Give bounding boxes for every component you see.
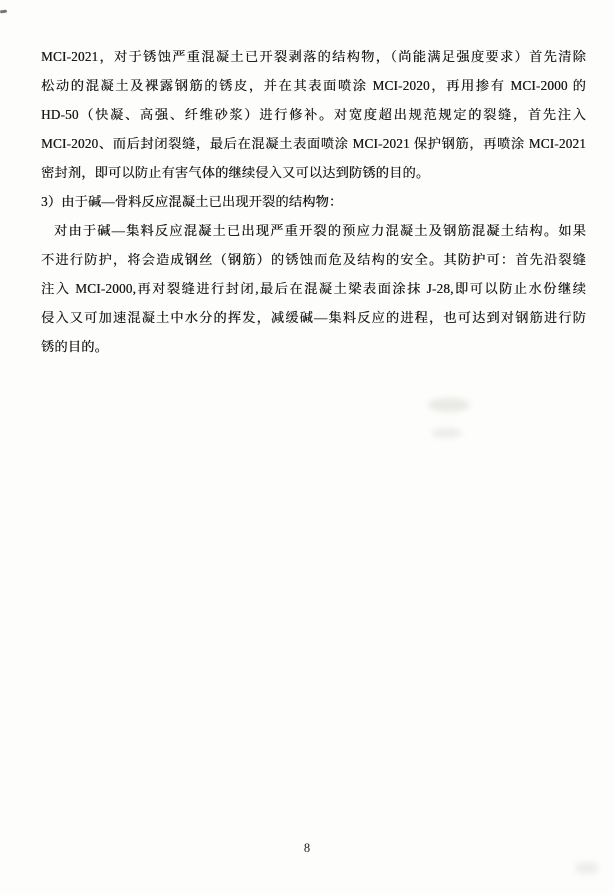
text-line: 密封剂，即可以防止有害气体的继续侵入又可以达到防锈的目的。 [41,158,586,187]
text-line: 不进行防护，将会造成钢丝（钢筋）的锈蚀而危及结构的安全。其防护可：首先沿裂缝 [41,245,586,274]
page-number: 8 [0,838,614,858]
text-line: 注入 MCI-2000,再对裂缝进行封闭,最后在混凝土梁表面涂抹 J-28,即可… [41,274,586,303]
body-text: MCI-2021，对于锈蚀严重混凝土已开裂剥落的结构物，（尚能满足强度要求）首先… [41,42,586,361]
scan-smudge [428,398,470,412]
text-line: 松动的混凝土及裸露钢筋的锈皮，并在其表面喷涂 MCI-2020，再用掺有 MCI… [41,71,586,100]
document-page: MCI-2021，对于锈蚀严重混凝土已开裂剥落的结构物，（尚能满足强度要求）首先… [0,0,614,895]
text-line: MCI-2020、而后封闭裂缝，最后在混凝土表面喷涂 MCI-2021 保护钢筋… [41,129,586,158]
text-line: MCI-2021，对于锈蚀严重混凝土已开裂剥落的结构物，（尚能满足强度要求）首先… [41,42,586,71]
scan-smudge [432,428,462,438]
scan-smudge [575,862,599,874]
text-line: 锈的目的。 [41,332,586,361]
text-line: 对由于碱—集料反应混凝土已出现严重开裂的预应力混凝土及钢筋混凝土结构。如果 [41,216,586,245]
text-line: 侵入又可加速混凝土中水分的挥发，减缓碱—集料反应的进程，也可达到对钢筋进行防 [41,303,586,332]
section-heading: 3）由于碱—骨料反应混凝土已出现开裂的结构物： [41,187,586,216]
scan-artifact [0,10,7,14]
text-line: HD-50（快凝、高强、纤维砂浆）进行修补。对宽度超出规范规定的裂缝，首先注入 [41,100,586,129]
